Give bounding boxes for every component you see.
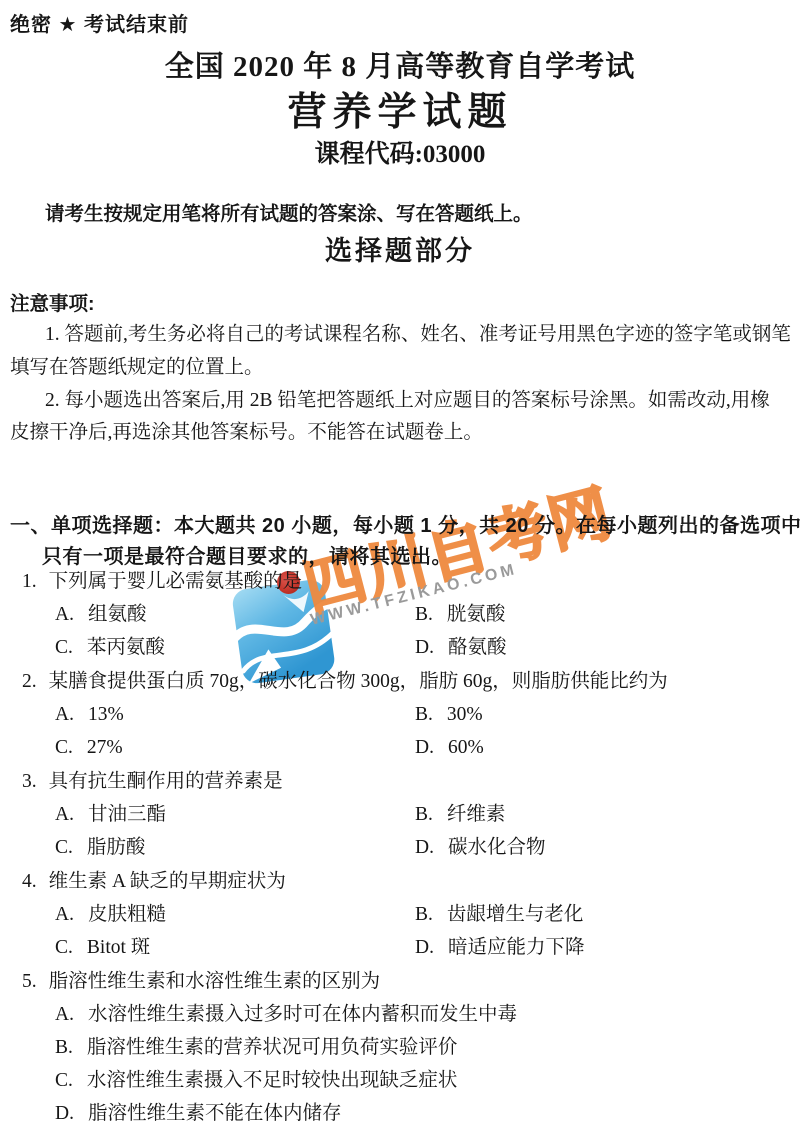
- notice-label: 注意事项:: [10, 292, 95, 316]
- option-3c: C.脂肪酸: [55, 836, 145, 860]
- option-4d: D.暗适应能力下降: [415, 936, 584, 960]
- option-2a: A.13%: [55, 703, 124, 727]
- question-1-number: 1.: [22, 571, 37, 592]
- question-5-number: 5.: [22, 971, 37, 992]
- question-2-stem: 2.某膳食提供蛋白质 70g，碳水化合物 300g，脂肪 60g，则脂肪供能比约…: [22, 670, 668, 694]
- option-3d: D.碳水化合物: [415, 836, 545, 860]
- question-1-stem: 1.下列属于婴儿必需氨基酸的是: [22, 570, 302, 594]
- option-5c: C.水溶性维生素摄入不足时较快出现缺乏症状: [55, 1069, 457, 1093]
- option-5a: A.水溶性维生素摄入过多时可在体内蓄积而发生中毒: [55, 1003, 517, 1027]
- section-title: 选择题部分: [0, 235, 800, 267]
- question-5-text: 脂溶性维生素和水溶性维生素的区别为: [49, 971, 381, 992]
- question-4-stem: 4.维生素 A 缺乏的早期症状为: [22, 870, 286, 894]
- question-2-number: 2.: [22, 671, 37, 692]
- paper-title: 营养学试题: [0, 90, 800, 136]
- notice-2-line-1: 2. 每小题选出答案后,用 2B 铅笔把答题纸上对应题目的答案标号涂黑。如需改动…: [45, 389, 770, 413]
- option-4b: B.齿龈增生与老化: [415, 903, 583, 927]
- option-1a: A.组氨酸: [55, 603, 146, 627]
- option-5b: B.脂溶性维生素的营养状况可用负荷实验评价: [55, 1036, 457, 1060]
- part1-heading-line-2: 只有一项是最符合题目要求的，请将其选出。: [42, 545, 452, 569]
- question-1-text: 下列属于婴儿必需氨基酸的是: [49, 571, 303, 592]
- answer-instruction: 请考生按规定用笔将所有试题的答案涂、写在答题纸上。: [45, 202, 533, 226]
- question-3-stem: 3.具有抗生酮作用的营养素是: [22, 770, 283, 794]
- notice-1-line-1: 1. 答题前,考生务必将自己的考试课程名称、姓名、准考证号用黑色字迹的签字笔或钢…: [45, 323, 791, 347]
- option-3a: A.甘油三酯: [55, 803, 166, 827]
- course-code: 课程代码:03000: [0, 139, 800, 171]
- option-1b: B.胱氨酸: [415, 603, 505, 627]
- option-5d: D.脂溶性维生素不能在体内储存: [55, 1102, 341, 1126]
- exam-title: 全国 2020 年 8 月高等教育自学考试: [0, 49, 800, 85]
- exam-paper-page: 四川自考网 WWW.TFZIKAO.COM 绝密 ★ 考试结束前 全国 2020…: [0, 0, 800, 1144]
- question-4-number: 4.: [22, 871, 37, 892]
- notice-2-line-2: 皮擦干净后,再选涂其他答案标号。不能答在试题卷上。: [10, 421, 483, 445]
- option-1c: C.苯丙氨酸: [55, 636, 165, 660]
- option-2c: C.27%: [55, 736, 123, 760]
- part1-heading-line-1: 一、单项选择题：本大题共 20 小题，每小题 1 分，共 20 分。在每小题列出…: [10, 514, 800, 538]
- option-2b: B.30%: [415, 703, 483, 727]
- question-3-number: 3.: [22, 771, 37, 792]
- question-4-text: 维生素 A 缺乏的早期症状为: [49, 871, 286, 892]
- option-2d: D.60%: [415, 736, 484, 760]
- option-4a: A.皮肤粗糙: [55, 903, 166, 927]
- question-3-text: 具有抗生酮作用的营养素是: [49, 771, 283, 792]
- notice-1-line-2: 填写在答题纸规定的位置上。: [10, 356, 264, 380]
- question-2-text: 某膳食提供蛋白质 70g，碳水化合物 300g，脂肪 60g，则脂肪供能比约为: [49, 671, 668, 692]
- classification-banner: 绝密 ★ 考试结束前: [10, 13, 189, 37]
- question-5-stem: 5.脂溶性维生素和水溶性维生素的区别为: [22, 970, 380, 994]
- option-1d: D.酪氨酸: [415, 636, 506, 660]
- option-4c: C.Bitot 斑: [55, 936, 150, 960]
- option-3b: B.纤维素: [415, 803, 505, 827]
